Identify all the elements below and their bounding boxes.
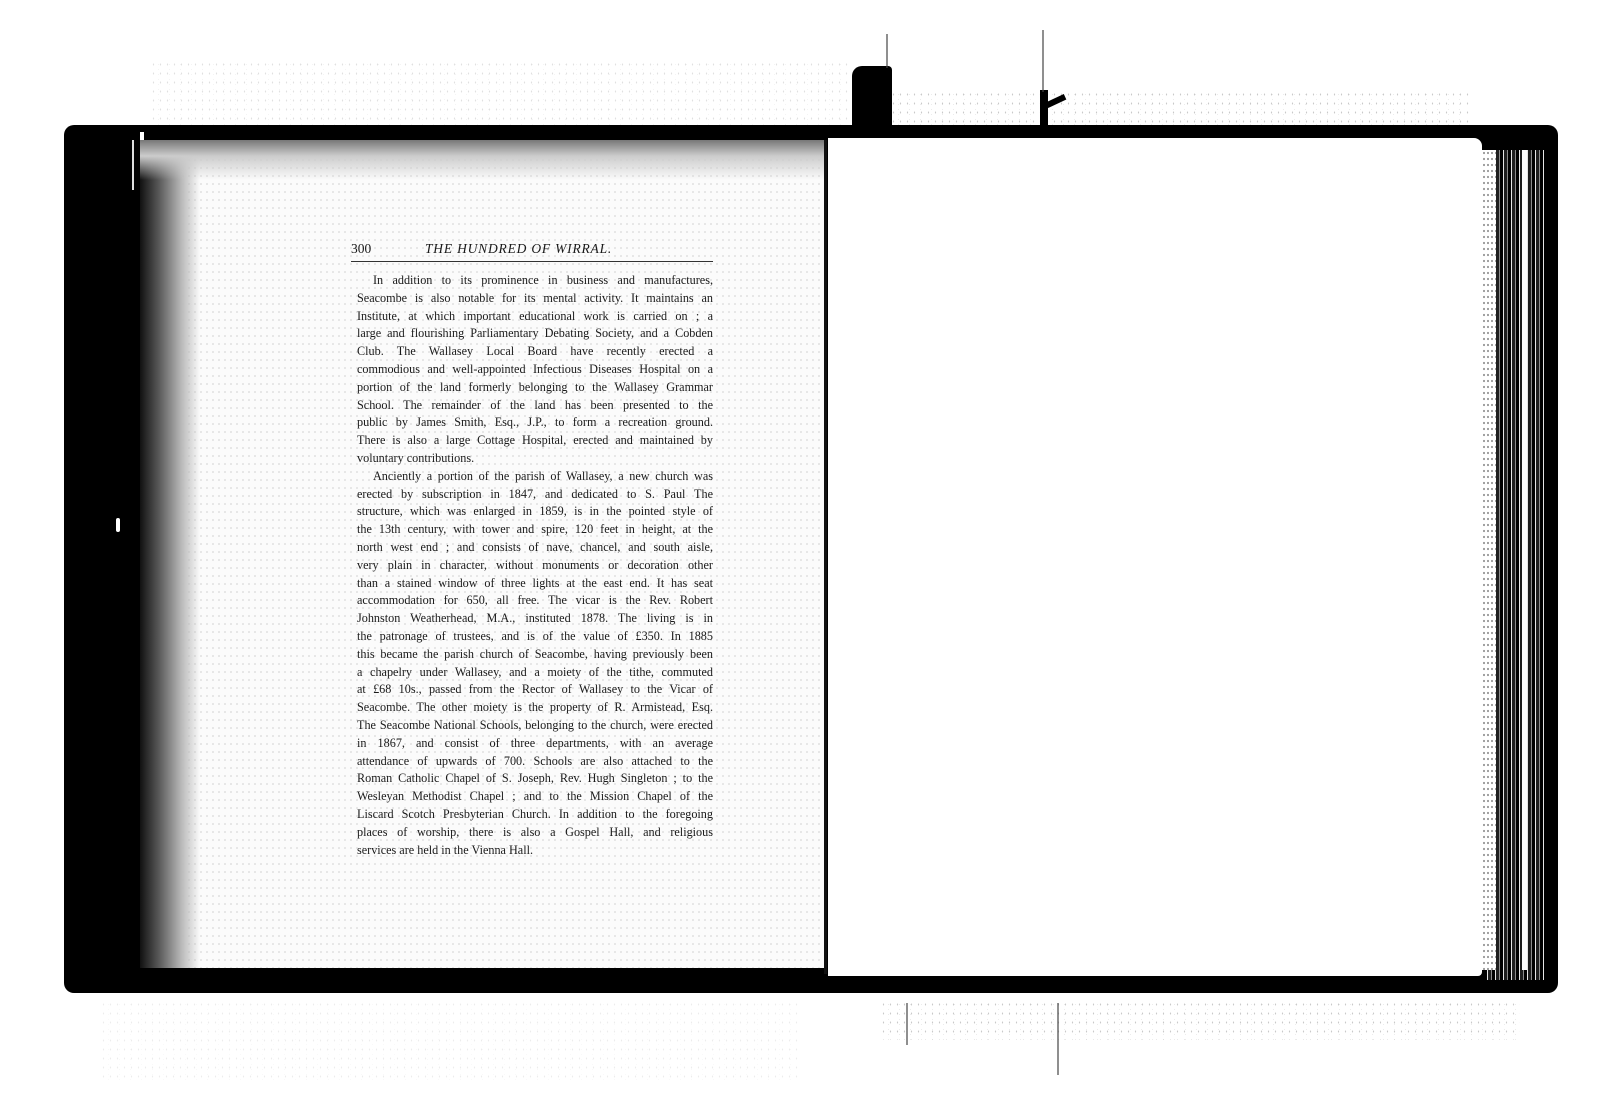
page-edges-speckle (1482, 150, 1496, 970)
running-head-title: THE HUNDRED OF WIRRAL. (425, 241, 612, 257)
text-line: services are held in the Vienna Hall. (341, 842, 713, 860)
page-number: 300 (351, 241, 425, 257)
scan-noise-bottom-right (880, 1000, 1520, 1040)
text-line: In addition to its prominence in busines… (341, 272, 713, 290)
cover-notch (116, 518, 120, 532)
text-line: erected by subscription in 1847, and ded… (341, 486, 713, 504)
text-line: Club. The Wallasey Local Board have rece… (341, 343, 713, 361)
text-line: Anciently a portion of the parish of Wal… (341, 468, 713, 486)
bookmark-ribbon-right (1040, 90, 1048, 130)
text-line: large and flourishing Parliamentary Deba… (341, 325, 713, 343)
text-line: at £68 10s., passed from the Rector of W… (341, 681, 713, 699)
body-text: In addition to its prominence in busines… (341, 272, 713, 859)
thread-top-left (886, 34, 888, 68)
text-line: Institute, at which important educationa… (341, 308, 713, 326)
thread-bottom-right (1057, 1003, 1059, 1075)
top-shadow (140, 140, 824, 180)
text-line: north west end ; and consists of nave, c… (341, 539, 713, 557)
running-head: 300 THE HUNDRED OF WIRRAL. (351, 241, 713, 262)
book-spine-line (824, 140, 827, 974)
text-line: Wesleyan Methodist Chapel ; and to the M… (341, 788, 713, 806)
text-line: attendance of upwards of 700. Schools ar… (341, 753, 713, 771)
gutter-shadow (140, 140, 200, 968)
text-line: the 13th century, with tower and spire, … (341, 521, 713, 539)
text-line: Liscard Scotch Presbyterian Church. In a… (341, 806, 713, 824)
page-edges-highlight (1522, 150, 1527, 970)
text-line: Roman Catholic Chapel of S. Joseph, Rev.… (341, 770, 713, 788)
text-line: places of worship, there is also a Gospe… (341, 824, 713, 842)
thread-bottom-left (906, 1003, 908, 1045)
scan-noise-top-left (150, 60, 850, 130)
paragraph-1: In addition to its prominence in busines… (341, 272, 713, 468)
text-line: School. The remainder of the land has be… (341, 397, 713, 415)
text-line: Seacombe. The other moiety is the proper… (341, 699, 713, 717)
right-page (828, 138, 1482, 976)
text-line: commodious and well-appointed Infectious… (341, 361, 713, 379)
text-line: a chapelry under Wallasey, and a moiety … (341, 664, 713, 682)
text-line: the patronage of trustees, and is of the… (341, 628, 713, 646)
text-line: this became the parish church of Seacomb… (341, 646, 713, 664)
text-line: The Seacombe National Schools, belonging… (341, 717, 713, 735)
text-block: 300 THE HUNDRED OF WIRRAL. In addition t… (341, 241, 713, 859)
text-line: public by James Smith, Esq., J.P., to fo… (341, 414, 713, 432)
cover-highlight-thin (132, 140, 134, 190)
text-line: in 1867, and consist of three department… (341, 735, 713, 753)
text-line: Seacombe is also notable for its mental … (341, 290, 713, 308)
bookmark-ribbon-left (852, 66, 892, 132)
paragraph-2: Anciently a portion of the parish of Wal… (341, 468, 713, 860)
text-line: than a stained window of three lights at… (341, 575, 713, 593)
text-line: Johnston Weatherhead, M.A., instituted 1… (341, 610, 713, 628)
text-line: portion of the land formerly belonging t… (341, 379, 713, 397)
text-line: accommodation for 650, all free. The vic… (341, 592, 713, 610)
scan-noise-top-right (890, 90, 1470, 125)
thread-top-right (1042, 30, 1044, 92)
text-line: structure, which was enlarged in 1859, i… (341, 503, 713, 521)
text-line: voluntary contributions. (341, 450, 713, 468)
text-line: There is also a large Cottage Hospital, … (341, 432, 713, 450)
text-line: very plain in character, without monumen… (341, 557, 713, 575)
scan-noise-bottom-left (100, 1000, 800, 1080)
